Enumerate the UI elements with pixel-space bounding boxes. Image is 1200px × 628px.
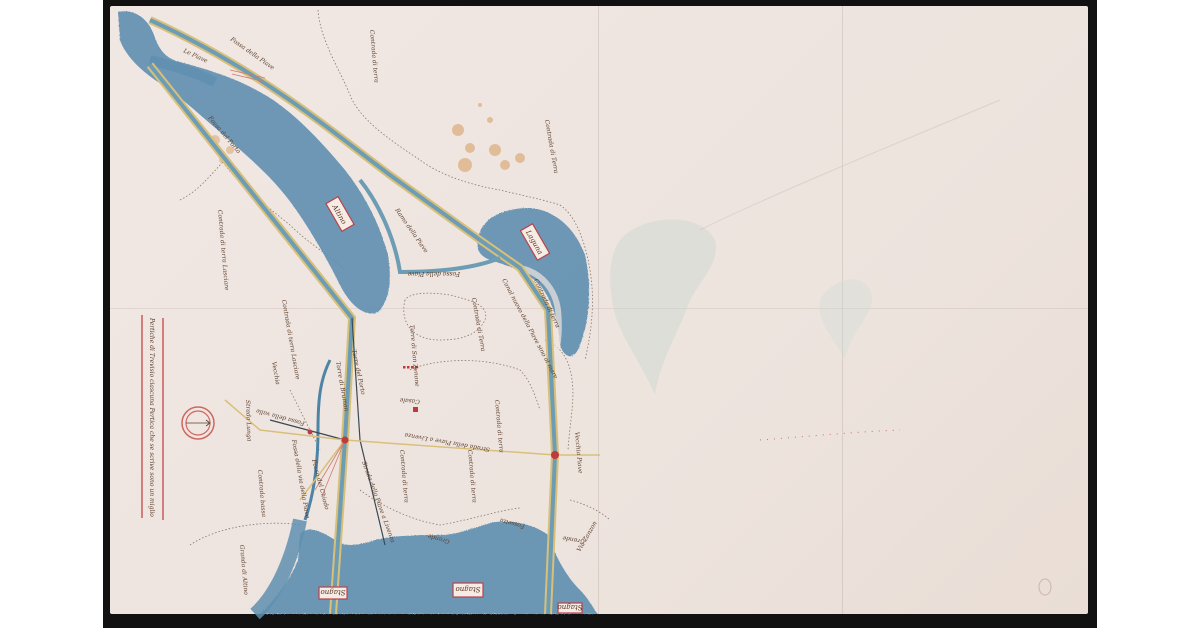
svg-text:Stagno: Stagno [558,603,583,611]
label-casale: Casale [399,396,420,405]
label-contrada: Contrada bassa [256,470,267,518]
rust-stain [452,103,525,172]
label-strada: Strada della Piave a Livenza [360,460,396,544]
label-strada: Strada Lunga [244,400,252,442]
label-contrada: Contrada di terra [398,450,410,504]
water-stain [610,219,716,395]
svg-text:Stagno: Stagno [456,585,481,593]
label-fossa: Fossa della Piave [407,270,461,277]
label-vecchia: Vecchia [270,361,281,386]
label-torre: Torre di San Zenone [408,325,420,388]
label-strada: Strada della Piave a Livenza [404,431,491,453]
cartouche-stagno: Stagno [558,603,583,613]
label-fossa: Fossa della via della Piave [290,438,311,519]
label-fossa: Ramo della Piave [393,206,430,254]
label-vecchia: Vecchia Piave [573,432,584,475]
svg-text:Stagno: Stagno [321,588,346,596]
cartouche-stagno: Stagno [319,587,347,599]
label-granda: Granda di Altino [238,545,249,596]
label-contrada: Contrada di terra [493,400,505,454]
scale-text: Pertiche di Trevisio ciascuna Pertica ch… [148,317,155,517]
label-contrada: Contrada di Terra [470,297,486,352]
label-fossa: Fossa della valle [255,407,307,427]
label-contrada: Contrada di terra [466,450,478,504]
compass-rose-icon [182,407,214,439]
water-stain [819,279,872,360]
label-via: Via Zanzon [576,520,599,553]
label-terra: Contrada di terra Lasciare [216,210,230,292]
scale-bar: Pertiche di Trevisio ciascuna Pertica ch… [142,315,163,520]
map-drawing: Altino Laguna Stagno Stagno Stagno Le Pi… [0,0,1200,628]
label-terra: Contrada di terra Lasciare [280,299,301,380]
label-contrada: Contrada di terra [368,30,380,84]
label-contrada: Contrada di Terra [543,119,559,174]
cartouche-stagno: Stagno [453,583,483,597]
